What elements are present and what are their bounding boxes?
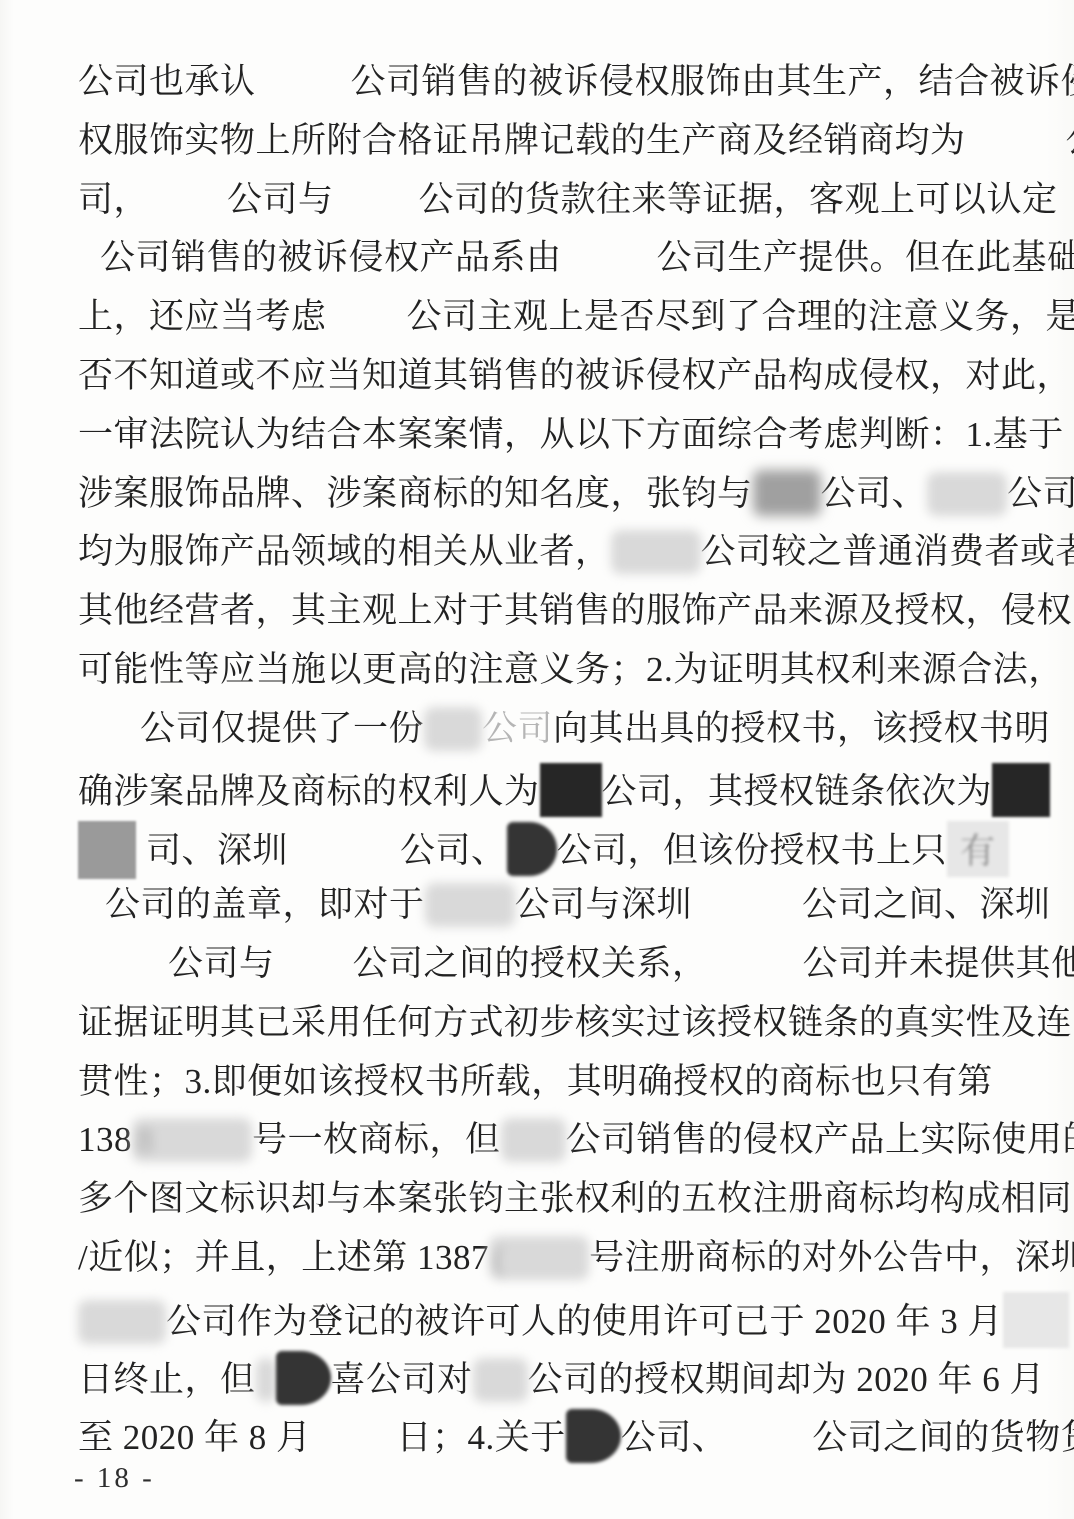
faded-text-segment: 公司	[482, 709, 553, 748]
text-segment: 公司的授权期间却为 2020 年 6 月	[528, 1360, 1046, 1399]
redaction-blob	[566, 1409, 621, 1463]
text-line: 公司与公司之间的授权关系，公司并未提供其他	[78, 939, 1074, 989]
text-segment: 证据证明其已采用任何方式初步核实过该授权链条的真实性及连	[78, 1003, 1072, 1042]
redaction-boxLight: 有	[947, 821, 1009, 877]
text-line: 均为服饰产品领域的相关从业者，公司较之普通消费者或者	[78, 527, 1074, 577]
text-segment: 公司销售的侵权产品上实际使用的	[566, 1120, 1074, 1159]
text-line: 司、深圳公司、公司，但该份授权书上只有	[78, 821, 1009, 879]
text-segment: 公司作为登记的被许可人的使用许可已于 2020 年 3 月	[166, 1302, 1003, 1341]
text-line: 确涉案品牌及商标的权利人为公司，其授权链条依次为	[78, 763, 1050, 817]
redaction-boxLight	[1003, 1292, 1069, 1348]
redaction-boxDark	[540, 763, 602, 817]
redaction-gap	[312, 1414, 397, 1460]
text-line: 一审法院认为结合本案案情，从以下方面综合考虑判断：1.基于	[78, 410, 1064, 460]
text-segment: 司，	[78, 180, 149, 219]
redaction-boxDark	[992, 763, 1050, 817]
document-body: 公司也承认公司销售的被诉侵权服饰由其生产，结合被诉侵权服饰实物上所附合格证吊牌记…	[0, 0, 1074, 1519]
text-segment: 向其出具的授权书，该授权书明	[553, 709, 1050, 748]
redaction-blob	[507, 822, 557, 876]
text-line: 贯性；3.即便如该授权书所载，其明确授权的商标也只有第	[78, 1057, 993, 1107]
redaction-blurGray	[753, 470, 821, 516]
text-line: 涉案服饰品牌、涉案商标的知名度，张钧与公司、公司	[78, 469, 1074, 519]
redaction-gap	[966, 117, 1066, 163]
text-line: 公司的盖章，即对于公司与深圳公司之间、深圳	[78, 880, 1051, 930]
redaction-gap	[275, 940, 353, 986]
text-segment: 确涉案品牌及商标的权利人为	[78, 772, 540, 811]
text-segment: 公司、	[400, 831, 507, 870]
text-segment: 公司较之普通消费者或者	[701, 532, 1074, 571]
text-segment: 138	[78, 1120, 132, 1159]
text-segment: 公司并未提供其他	[803, 944, 1074, 983]
ghost-char: 8	[136, 1123, 154, 1158]
text-segment: 公司	[1007, 474, 1074, 513]
text-segment: /近似；并且，上述第 1387	[78, 1238, 489, 1277]
text-segment: 公司与	[227, 180, 334, 219]
redaction-gap	[136, 827, 146, 873]
text-line: 其他经营者，其主观上对于其销售的服饰产品来源及授权，侵权	[78, 586, 1072, 636]
redaction-blur: 8	[132, 1118, 252, 1162]
redaction-gap	[149, 176, 227, 222]
redaction-blur	[611, 530, 701, 574]
redaction-blur	[424, 707, 482, 751]
text-segment: 可能性等应当施以更高的注意义务；2.为证明其权利来源合法，	[78, 650, 1064, 689]
text-segment: 公司销售的被诉侵权服饰由其生产，结合被诉侵	[351, 62, 1074, 101]
text-segment: 公司与深圳	[515, 885, 693, 924]
redaction-boxGray	[78, 821, 136, 879]
text-segment: 至 2020 年 8 月	[78, 1418, 312, 1457]
redaction-gap	[692, 881, 802, 927]
text-line: 可能性等应当施以更高的注意义务；2.为证明其权利来源合法，	[78, 645, 1064, 695]
text-line: 权服饰实物上所附合格证吊牌记载的生产商及经销商均为公	[78, 116, 1074, 166]
text-segment: 涉案服饰品牌、涉案商标的知名度，张钧与	[78, 474, 753, 513]
text-segment: 一审法院认为结合本案案情，从以下方面综合考虑判断：1.基于	[78, 415, 1064, 454]
redaction-blur	[501, 1118, 566, 1162]
text-line: 1388号一枚商标，但公司销售的侵权产品上实际使用的	[78, 1115, 1074, 1165]
text-line: 至 2020 年 8 月日；4.关于公司、公司之间的货物货	[78, 1409, 1074, 1463]
text-segment: 贯性；3.即便如该授权书所载，其明确授权的商标也只有第	[78, 1062, 993, 1101]
redaction-blur	[927, 472, 1007, 516]
text-line: 公司作为登记的被许可人的使用许可已于 2020 年 3 月	[78, 1292, 1069, 1348]
text-segment: 均为服饰产品领域的相关从业者，	[78, 532, 611, 571]
text-line: 日终止，但喜公司对公司的授权期间却为 2020 年 6 月日	[78, 1351, 1074, 1405]
text-segment: 公司的盖章，即对于	[105, 885, 425, 924]
redaction-blur: (	[489, 1236, 589, 1280]
text-segment: 公司之间、深圳	[802, 885, 1051, 924]
redaction-gap	[256, 58, 351, 104]
text-segment: 日终止，但	[78, 1360, 256, 1399]
text-segment: 公司主观上是否尽到了合理的注意义务，是	[407, 297, 1074, 336]
text-segment: 日；4.关于	[397, 1418, 566, 1457]
redaction-blob	[276, 1351, 331, 1405]
text-line: 公司销售的被诉侵权产品系由公司生产提供。但在此基础	[78, 233, 1074, 283]
redaction-gap	[562, 234, 657, 280]
text-segment: 号注册商标的对外公告中，深圳	[589, 1238, 1074, 1277]
page-number: - 18 -	[74, 1462, 155, 1495]
text-segment: 号一枚商标，但	[252, 1120, 501, 1159]
text-segment: 公司，但该份授权书上只	[557, 831, 948, 870]
ghost-char: (	[493, 1241, 505, 1276]
text-line: 上，还应当考虑公司主观上是否尽到了合理的注意义务，是	[78, 292, 1074, 342]
text-segment: 公司、	[621, 1418, 728, 1457]
text-segment: 司、深圳	[146, 831, 288, 870]
redaction-blur	[425, 883, 515, 927]
text-line: 否不知道或不应当知道其销售的被诉侵权产品构成侵权，对此，	[78, 351, 1072, 401]
text-segment: 公司生产提供。但在此基础	[657, 238, 1074, 277]
text-segment: 公司仅提供了一份	[140, 709, 424, 748]
text-line: 证据证明其已采用任何方式初步核实过该授权链条的真实性及连	[78, 998, 1072, 1048]
redaction-gap	[327, 293, 407, 339]
text-segment: 公司之间的授权关系，	[353, 944, 708, 983]
text-segment: 公司与	[168, 944, 275, 983]
text-segment: 喜公司对	[331, 1360, 473, 1399]
redaction-gap	[708, 940, 803, 986]
redaction-gap	[727, 1414, 812, 1460]
scanned-court-document-page: 公司也承认公司销售的被诉侵权服饰由其生产，结合被诉侵权服饰实物上所附合格证吊牌记…	[0, 0, 1074, 1519]
text-line: /近似；并且，上述第 1387(号注册商标的对外公告中，深圳	[78, 1233, 1074, 1283]
text-line: 司，公司与公司的货款往来等证据，客观上可以认定	[78, 175, 1058, 225]
text-segment: 上，还应当考虑	[78, 297, 327, 336]
text-segment: 公司销售的被诉侵权产品系由	[100, 238, 562, 277]
text-line: 多个图文标识却与本案张钧主张权利的五枚注册商标均构成相同	[78, 1174, 1072, 1224]
text-segment: 公	[1066, 121, 1074, 160]
text-segment: 公司也承认	[78, 62, 256, 101]
text-segment: 公司，其授权链条依次为	[602, 772, 993, 811]
redaction-gap	[288, 827, 400, 873]
text-line: 公司仅提供了一份公司向其出具的授权书，该授权书明	[78, 704, 1050, 754]
text-line: 公司也承认公司销售的被诉侵权服饰由其生产，结合被诉侵	[78, 57, 1074, 107]
redaction-blur	[78, 1300, 166, 1344]
redaction-gap	[334, 176, 419, 222]
text-segment: 权服饰实物上所附合格证吊牌记载的生产商及经销商均为	[78, 121, 966, 160]
text-segment: 多个图文标识却与本案张钧主张权利的五枚注册商标均构成相同	[78, 1179, 1072, 1218]
text-segment: 其他经营者，其主观上对于其销售的服饰产品来源及授权，侵权	[78, 591, 1072, 630]
text-segment: 否不知道或不应当知道其销售的被诉侵权产品构成侵权，对此，	[78, 356, 1072, 395]
text-segment: 公司、	[821, 474, 928, 513]
ghost-char: 有	[960, 834, 996, 869]
text-segment: 公司之间的货物货	[812, 1418, 1074, 1457]
redaction-blur	[256, 1358, 276, 1402]
redaction-blur	[473, 1358, 528, 1402]
text-segment: 公司的货款往来等证据，客观上可以认定	[419, 180, 1058, 219]
redaction-gap	[1045, 1356, 1074, 1402]
